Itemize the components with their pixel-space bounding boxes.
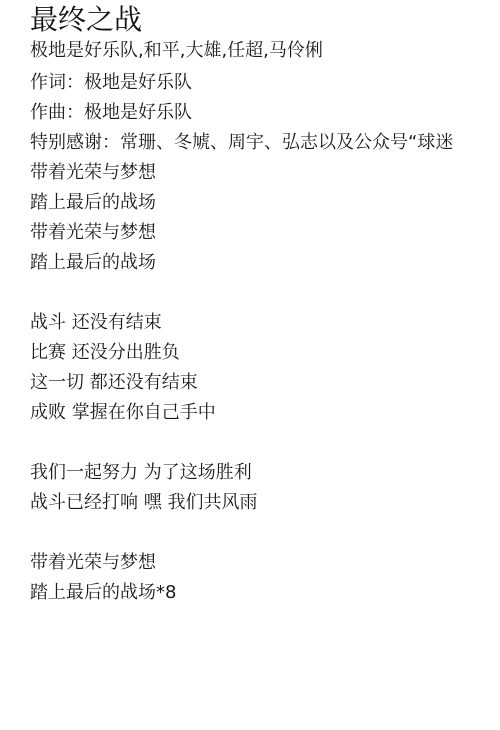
lyric-blank-line	[30, 518, 500, 548]
lyric-line: 战斗 还没有结束	[30, 308, 500, 338]
lyric-line: 作词：极地是好乐队	[30, 68, 500, 98]
lyric-line: 成败 掌握在你自己手中	[30, 398, 500, 428]
lyric-line: 踏上最后的战场	[30, 248, 500, 278]
lyric-line: 踏上最后的战场*8	[30, 578, 500, 608]
lyric-line: 带着光荣与梦想	[30, 218, 500, 248]
song-title: 最终之战	[30, 0, 500, 38]
lyric-line: 我们一起努力 为了这场胜利	[30, 458, 500, 488]
lyric-blank-line	[30, 278, 500, 308]
lyric-line: 比赛 还没分出胜负	[30, 338, 500, 368]
lyrics-page: 最终之战 极地是好乐队,和平,大雄,任超,马伶俐 作词：极地是好乐队 作曲：极地…	[30, 0, 500, 608]
lyric-line: 作曲：极地是好乐队	[30, 98, 500, 128]
lyric-line: 带着光荣与梦想	[30, 548, 500, 578]
song-artist: 极地是好乐队,和平,大雄,任超,马伶俐	[30, 38, 500, 64]
lyric-line: 带着光荣与梦想	[30, 158, 500, 188]
lyric-line: 这一切 都还没有结束	[30, 368, 500, 398]
lyric-line: 特别感谢：常珊、冬虓、周宇、弘志以及公众号“球迷	[30, 128, 500, 158]
lyric-line: 战斗已经打响 嘿 我们共风雨	[30, 488, 500, 518]
lyrics-list: 作词：极地是好乐队 作曲：极地是好乐队 特别感谢：常珊、冬虓、周宇、弘志以及公众…	[30, 68, 500, 608]
lyric-line: 踏上最后的战场	[30, 188, 500, 218]
lyric-blank-line	[30, 428, 500, 458]
